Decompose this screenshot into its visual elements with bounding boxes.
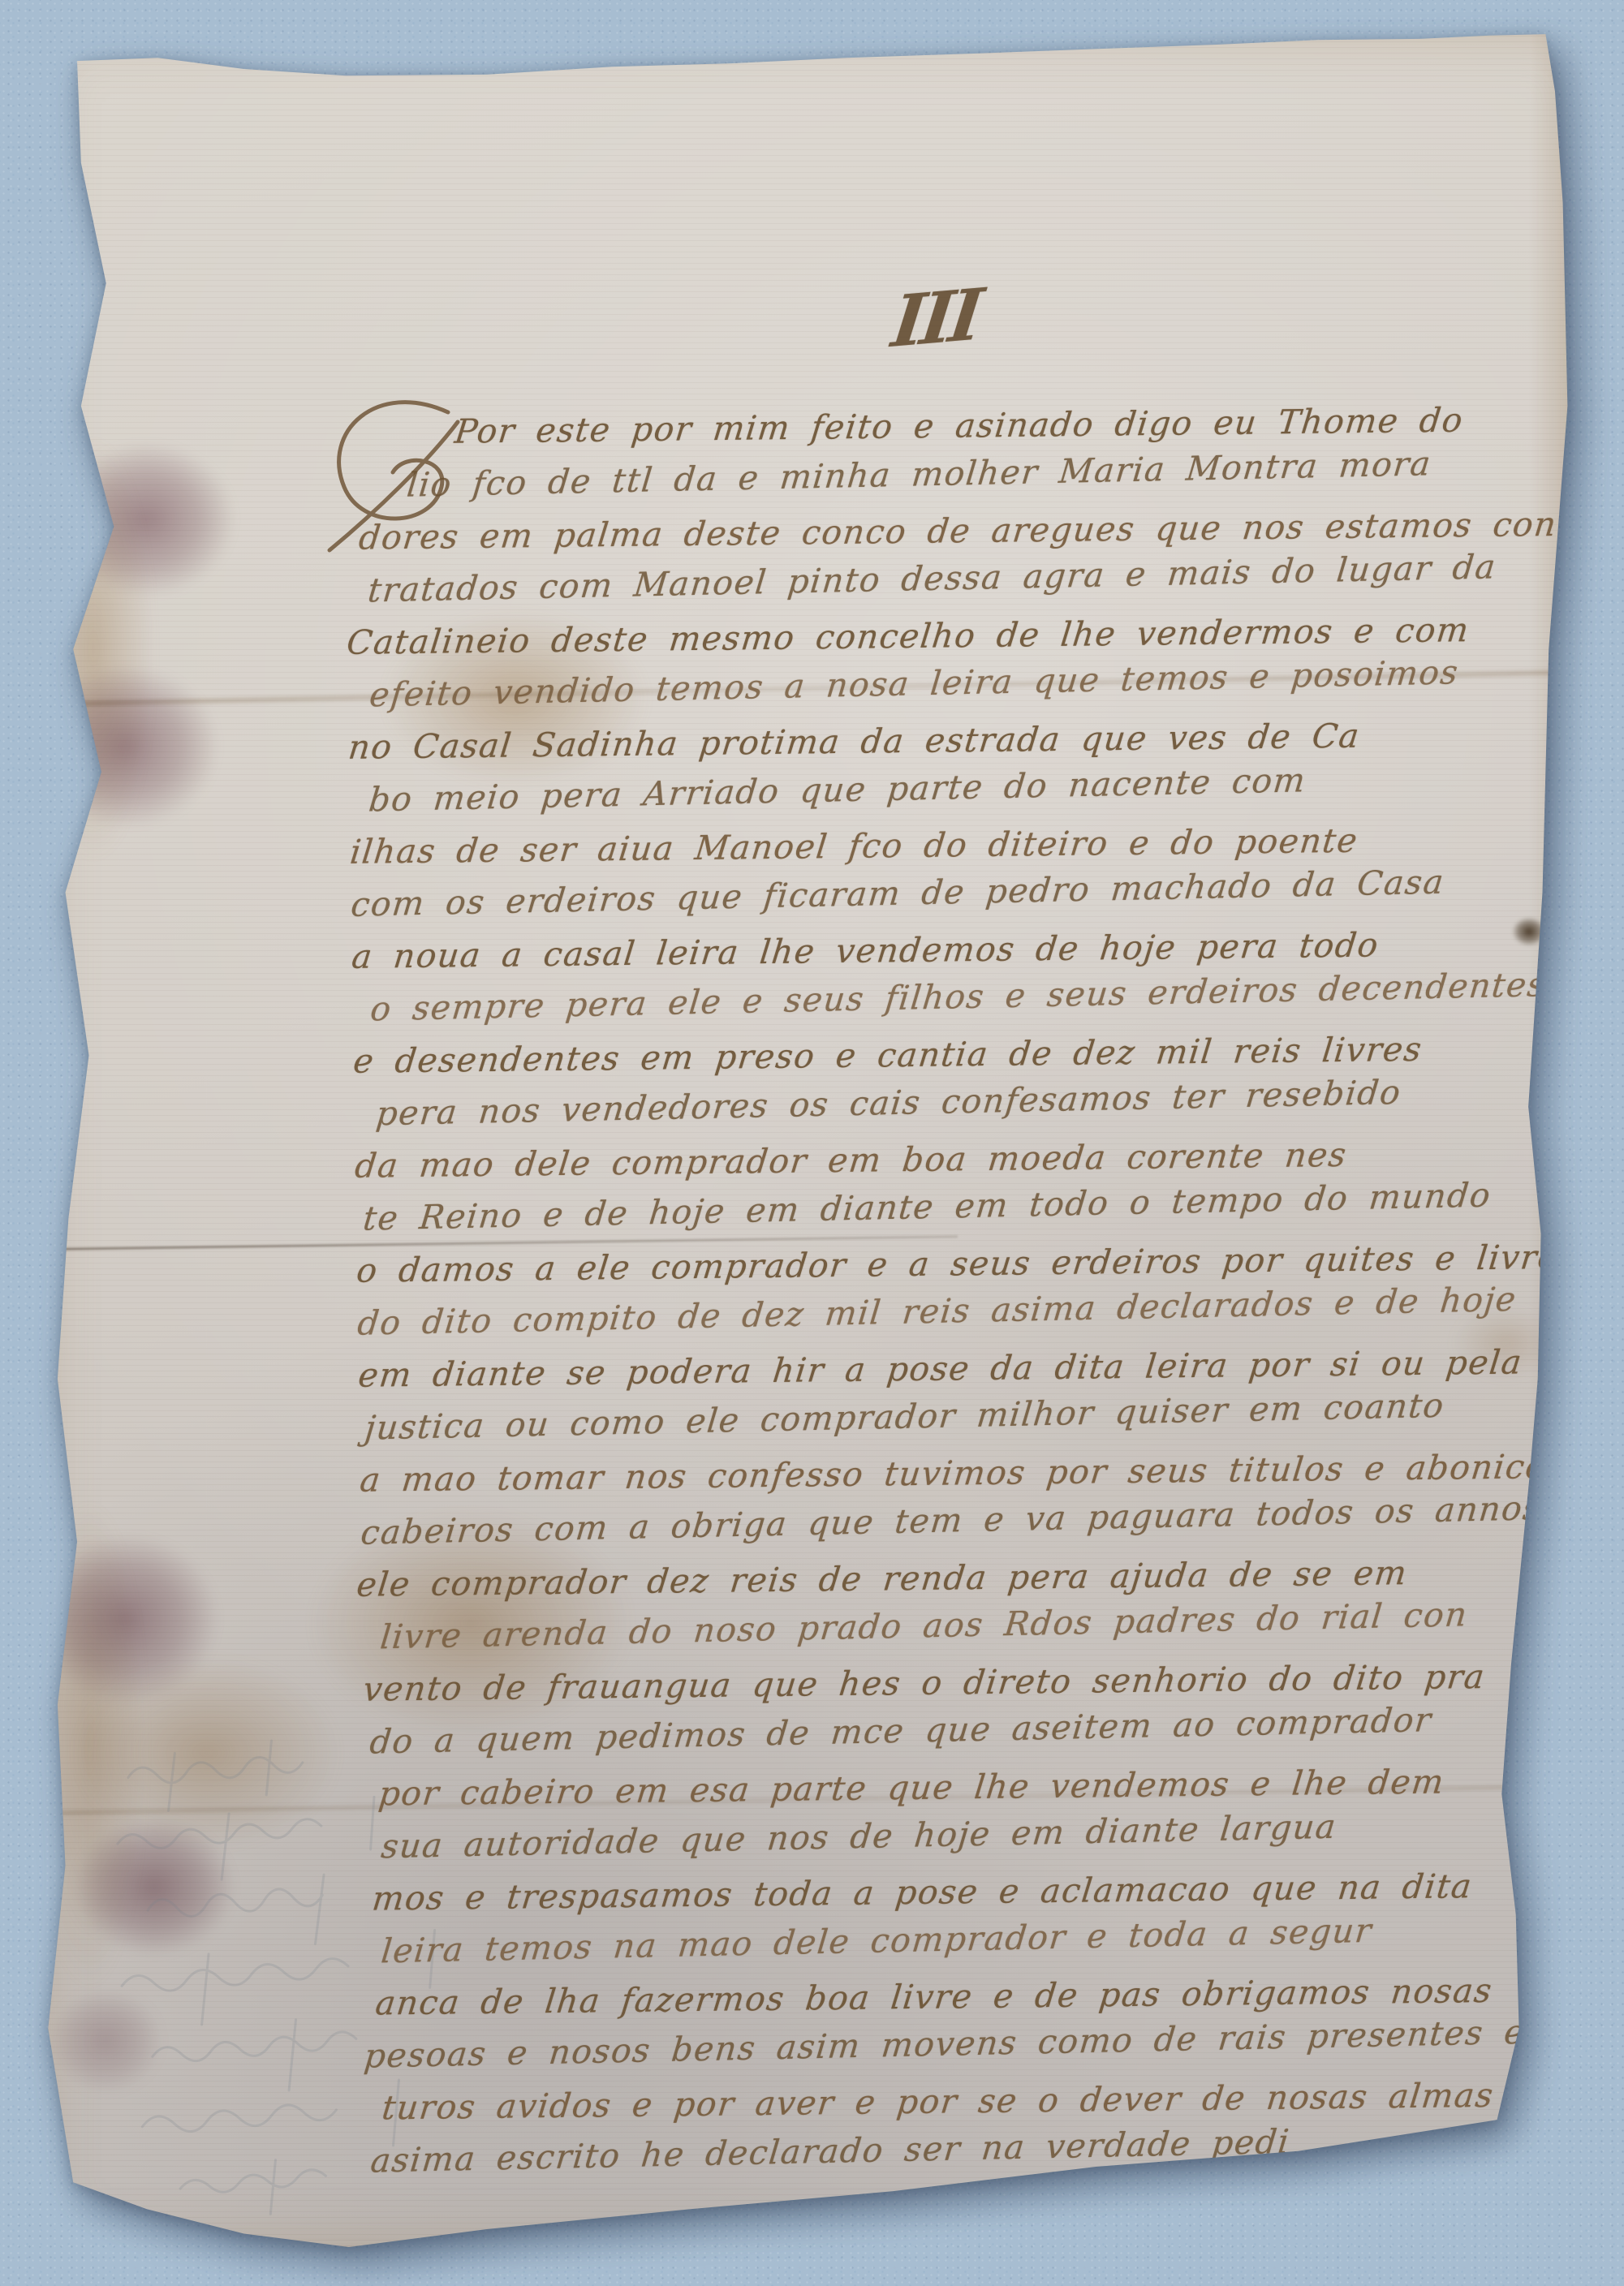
folio-number: III — [888, 273, 984, 364]
manuscript-paper: III Por este por mim feito e asinado dig… — [32, 24, 1599, 2256]
wine-stain — [57, 442, 235, 596]
paper-drop-shadow: III Por este por mim feito e asinado dig… — [32, 24, 1599, 2256]
wine-stain — [32, 665, 219, 828]
tan-stain — [32, 438, 154, 860]
tan-stain — [32, 1501, 146, 1988]
manuscript-text: Por este por mim feito e asinado digo eu… — [337, 388, 1598, 2187]
ink-blot — [1489, 2159, 1510, 2176]
wine-stain — [49, 1988, 162, 2094]
photo-backdrop: III Por este por mim feito e asinado dig… — [0, 0, 1624, 2286]
tan-stain — [73, 1655, 341, 1850]
wine-stain — [32, 1534, 219, 1704]
wine-stain — [73, 1818, 235, 1956]
